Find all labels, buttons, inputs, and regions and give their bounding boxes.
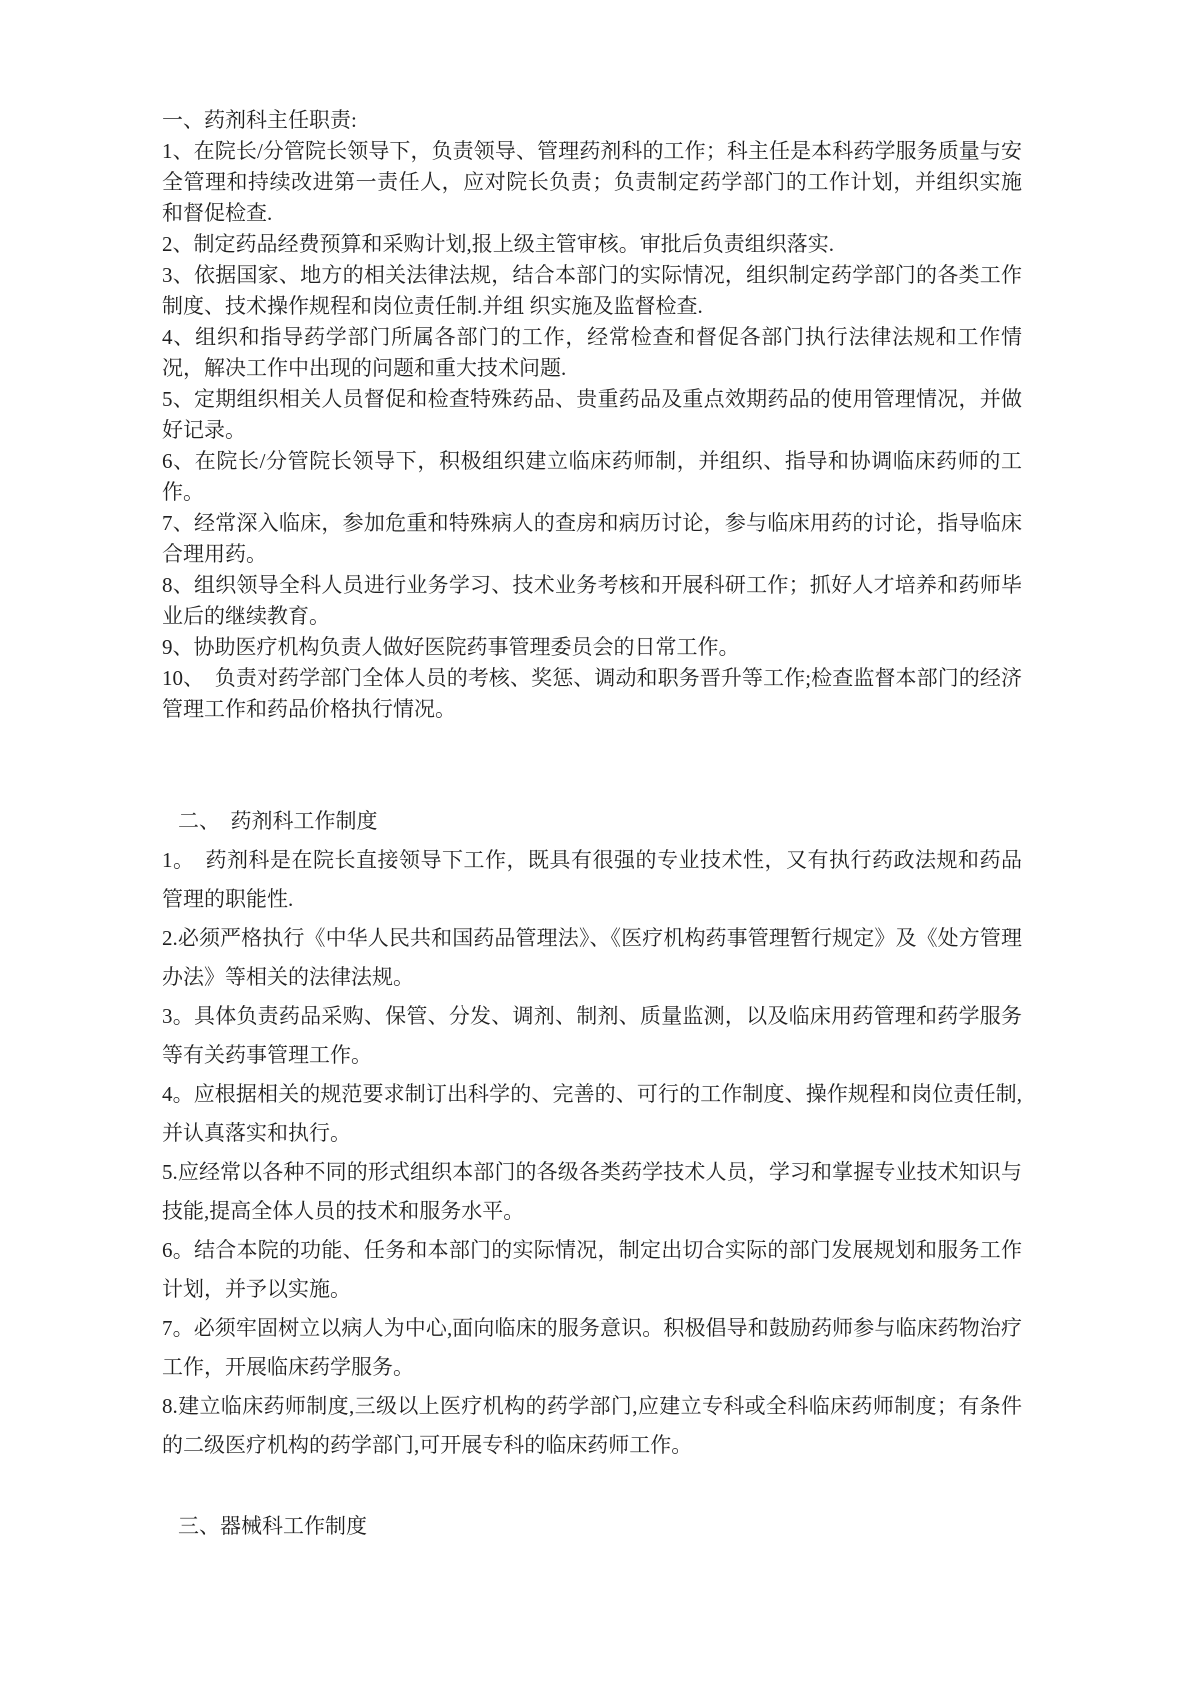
paragraph: 6。结合本院的功能、任务和本部门的实际情况，制定出切合实际的部门发展规划和服务工… <box>162 1231 1022 1309</box>
section-2-paragraphs: 1。 药剂科是在院长直接领导下工作，既具有很强的专业技术性，又有执行药政法规和药… <box>162 841 1022 1465</box>
paragraph: 10、 负责对药学部门全体人员的考核、奖惩、调动和职务晋升等工作;检查监督本部门… <box>162 663 1022 725</box>
section-equipment-dept-work-rules: 三、器械科工作制度 <box>162 1507 1022 1546</box>
section-1-heading: 一、药剂科主任职责: <box>162 105 1022 136</box>
section-pharmacy-director-duties: 一、药剂科主任职责: 1、在院长/分管院长领导下，负责领导、管理药剂科的工作；科… <box>162 105 1022 725</box>
paragraph: 8、组织领导全科人员进行业务学习、技术业务考核和开展科研工作；抓好人才培养和药师… <box>162 570 1022 632</box>
section-3-heading: 三、器械科工作制度 <box>162 1507 1022 1546</box>
paragraph: 7。必须牢固树立以病人为中心,面向临床的服务意识。积极倡导和鼓励药师参与临床药物… <box>162 1309 1022 1387</box>
paragraph: 5、定期组织相关人员督促和检查特殊药品、贵重药品及重点效期药品的使用管理情况，并… <box>162 384 1022 446</box>
section-pharmacy-work-rules: 二、 药剂科工作制度 1。 药剂科是在院长直接领导下工作，既具有很强的专业技术性… <box>162 802 1022 1465</box>
paragraph: 3、依据国家、地方的相关法律法规，结合本部门的实际情况，组织制定药学部门的各类工… <box>162 260 1022 322</box>
section-1-paragraphs: 1、在院长/分管院长领导下，负责领导、管理药剂科的工作；科主任是本科药学服务质量… <box>162 136 1022 725</box>
paragraph: 8.建立临床药师制度,三级以上医疗机构的药学部门,应建立专科或全科临床药师制度；… <box>162 1387 1022 1465</box>
paragraph: 1。 药剂科是在院长直接领导下工作，既具有很强的专业技术性，又有执行药政法规和药… <box>162 841 1022 919</box>
document-content: 一、药剂科主任职责: 1、在院长/分管院长领导下，负责领导、管理药剂科的工作；科… <box>162 105 1022 1546</box>
paragraph: 7、经常深入临床，参加危重和特殊病人的查房和病历讨论，参与临床用药的讨论，指导临… <box>162 508 1022 570</box>
paragraph: 4、组织和指导药学部门所属各部门的工作，经常检查和督促各部门执行法律法规和工作情… <box>162 322 1022 384</box>
paragraph: 6、在院长/分管院长领导下，积极组织建立临床药师制，并组织、指导和协调临床药师的… <box>162 446 1022 508</box>
section-2-heading: 二、 药剂科工作制度 <box>162 802 1022 841</box>
paragraph: 5.应经常以各种不同的形式组织本部门的各级各类药学技术人员，学习和掌握专业技术知… <box>162 1153 1022 1231</box>
paragraph: 3。具体负责药品采购、保管、分发、调剂、制剂、质量监测，以及临床用药管理和药学服… <box>162 997 1022 1075</box>
paragraph: 2.必须严格执行《中华人民共和国药品管理法》、《医疗机构药事管理暂行规定》及《处… <box>162 919 1022 997</box>
paragraph: 4。应根据相关的规范要求制订出科学的、完善的、可行的工作制度、操作规程和岗位责任… <box>162 1075 1022 1153</box>
paragraph: 9、协助医疗机构负责人做好医院药事管理委员会的日常工作。 <box>162 632 1022 663</box>
paragraph: 1、在院长/分管院长领导下，负责领导、管理药剂科的工作；科主任是本科药学服务质量… <box>162 136 1022 229</box>
document-page: 一、药剂科主任职责: 1、在院长/分管院长领导下，负责领导、管理药剂科的工作；科… <box>0 0 1189 1682</box>
paragraph: 2、制定药品经费预算和采购计划,报上级主管审核。审批后负责组织落实. <box>162 229 1022 260</box>
